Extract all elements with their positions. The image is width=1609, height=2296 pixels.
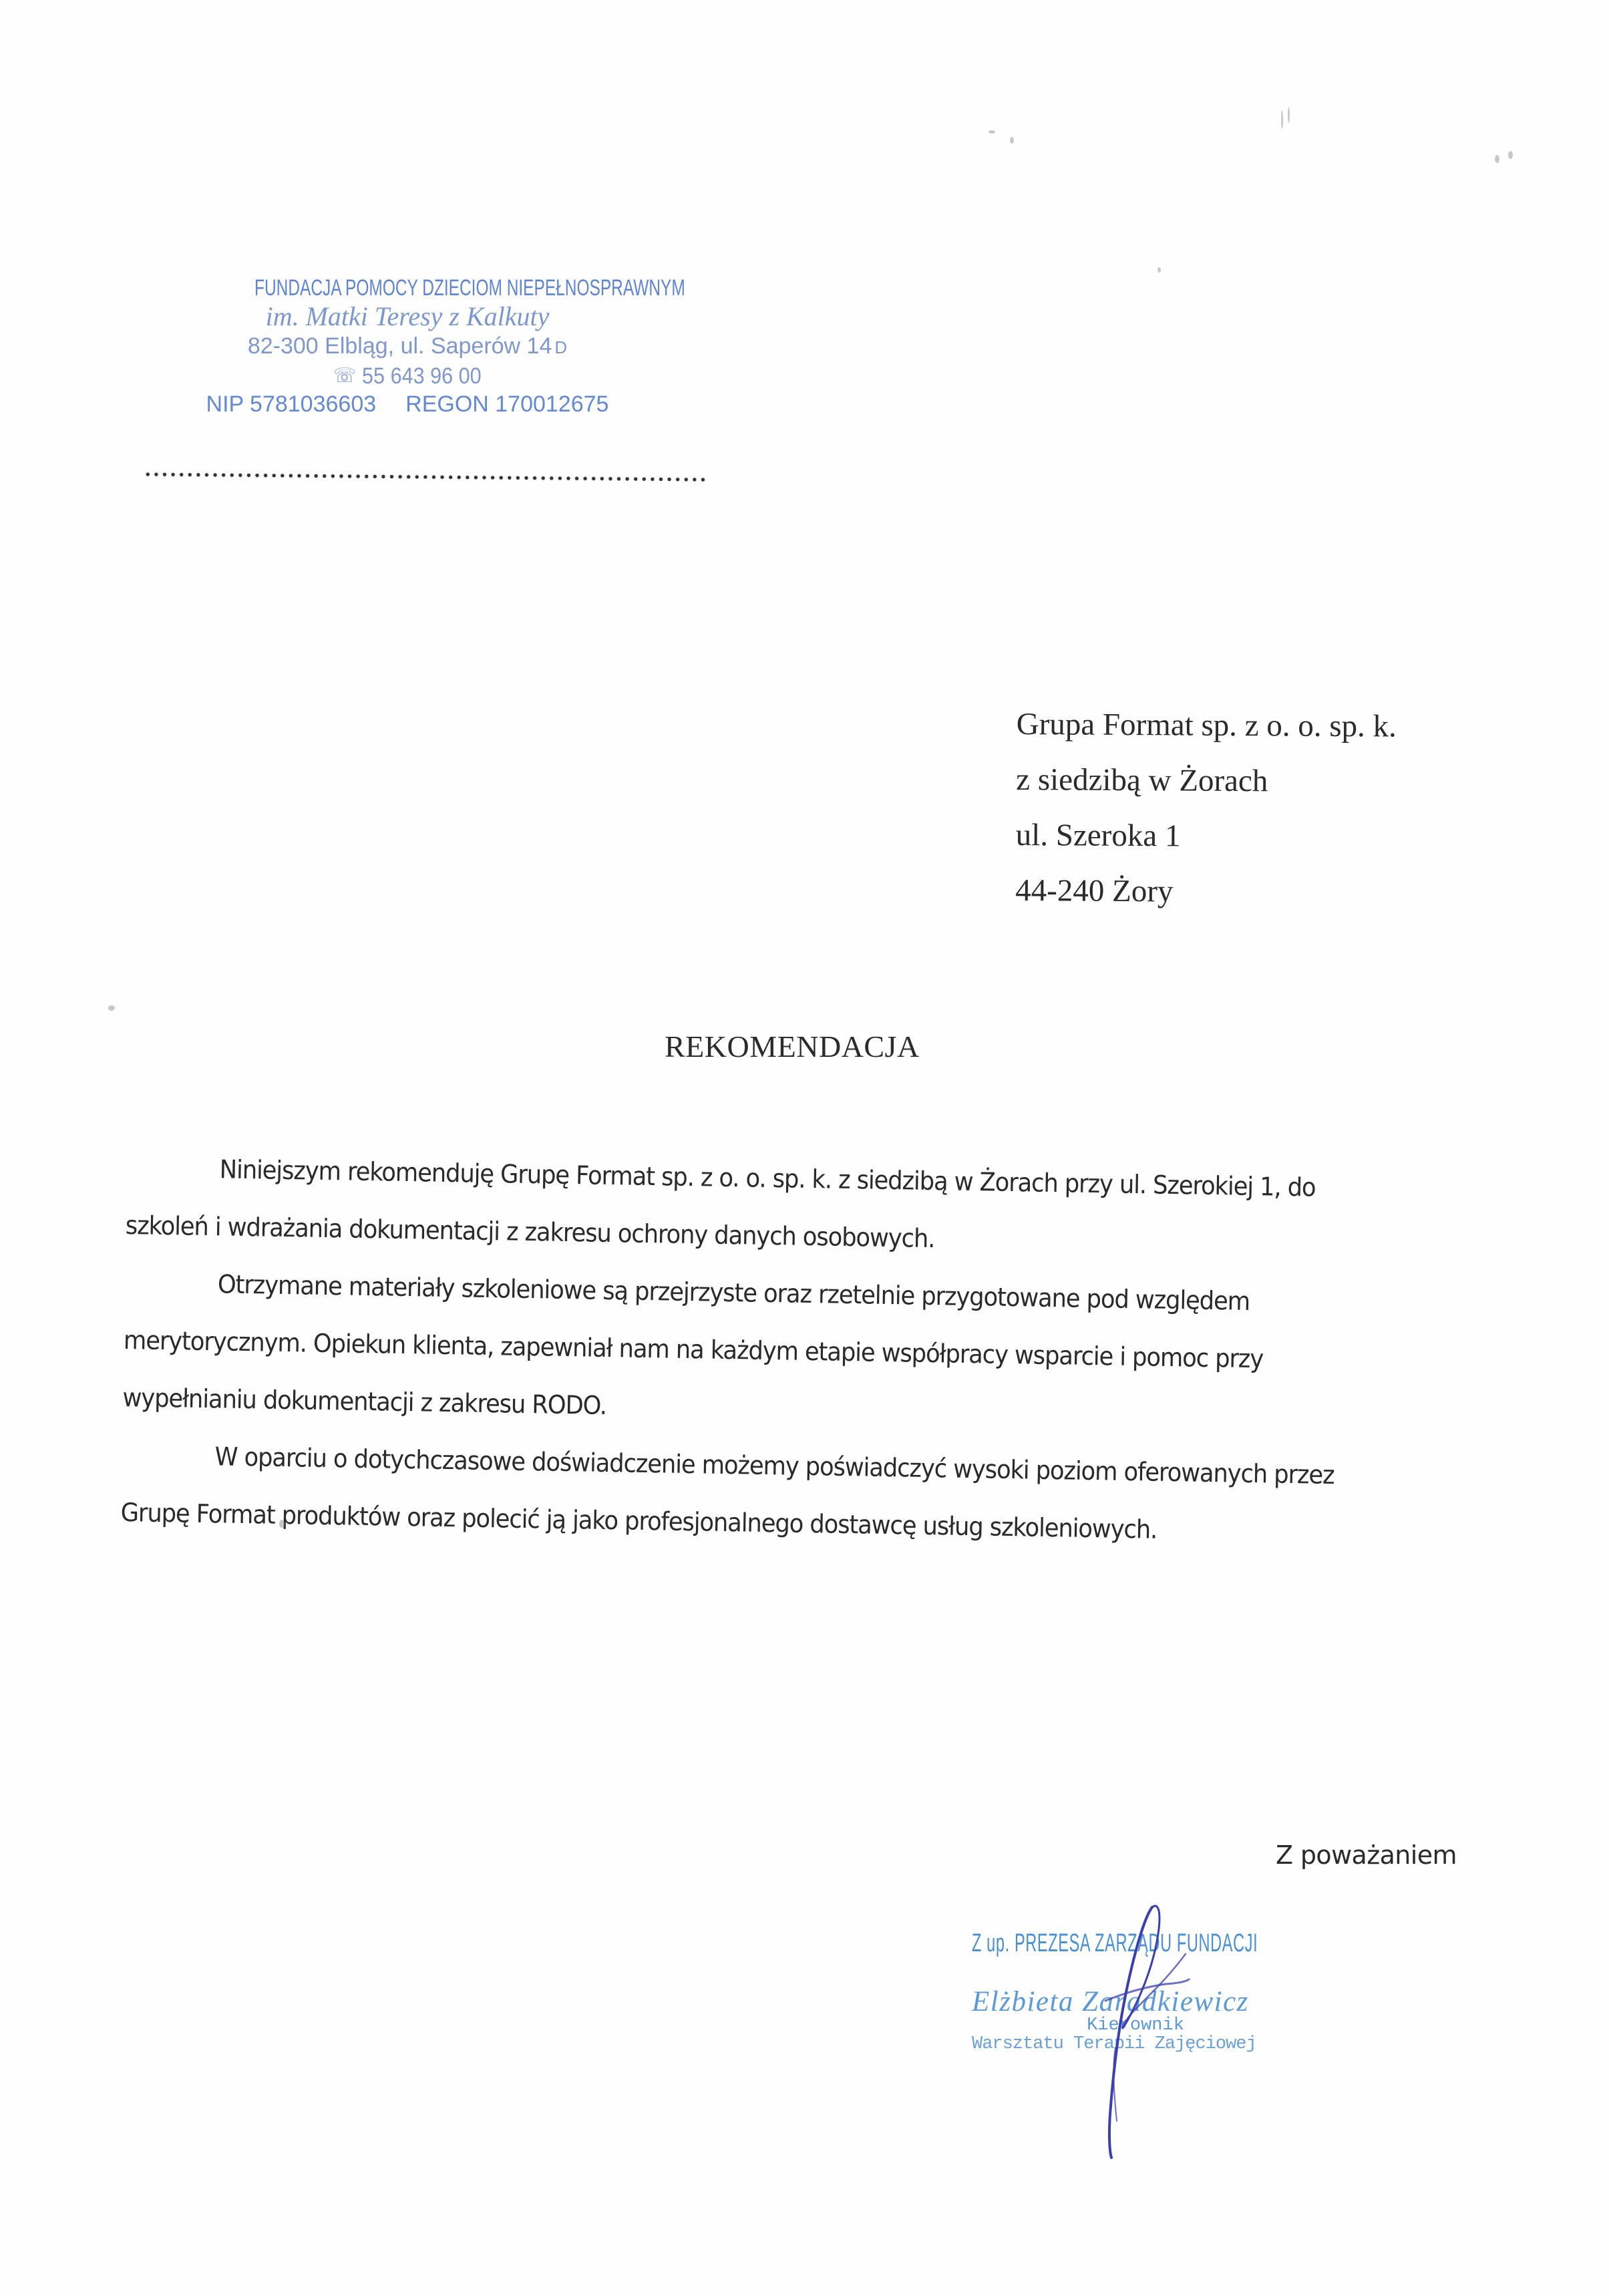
stamp-phone-number: 55 643 96 00 [362,363,482,389]
scan-speck [1281,110,1283,129]
document-title: REKOMENDACJA [665,1029,920,1064]
stamp-tax-ids: NIP 5781036603REGON 170012675 [195,390,620,418]
recipient-address: Grupa Format sp. z o. o. sp. k. z siedzi… [1015,697,1397,921]
phone-icon: ☏ [333,362,356,390]
scan-speck [1508,151,1513,159]
stamp-authority: Z up. PREZESA ZARZĄDU FUNDACJI [972,1927,1179,1959]
letter-body: Niniejszym rekomenduję Grupę Format sp. … [120,1139,1463,1563]
stamp-signer-role: Kierownik [972,2017,1299,2034]
scan-speck [279,1520,285,1528]
organization-stamp: FUNDACJA POMOCY DZIECIOM NIEPEŁNOSPRAWNY… [195,274,620,418]
recipient-street: ul. Szeroka 1 [1015,808,1396,865]
stamp-patron-name: im. Matki Teresy z Kalkuty [195,302,620,331]
recipient-company: Grupa Format sp. z o. o. sp. k. [1016,697,1397,754]
scan-speck [1288,107,1290,123]
stamp-signer-unit: Warsztatu Terapii Zajęciowej [972,2034,1306,2054]
scan-speck [108,1005,115,1011]
stamp-address: 82-300 Elbląg, ul. Saperów 14D [195,331,620,362]
stamp-address-text: 82-300 Elbląg, ul. Saperów 14 [248,333,552,359]
signature-stamp: Z up. PREZESA ZARZĄDU FUNDACJI Elżbieta … [972,1927,1306,2054]
recipient-postal-city: 44-240 Żory [1015,863,1396,921]
stamp-phone: ☏55 643 96 00 [216,362,598,390]
place-date-dotted-line [144,468,708,486]
stamp-nip: NIP 5781036603 [206,391,377,417]
stamp-regon: REGON 170012675 [405,391,608,417]
scan-speck [989,130,995,134]
stamp-address-suffix: D [554,337,567,357]
scan-speck [1495,155,1499,163]
scan-speck [1010,137,1014,144]
scan-speck [1157,267,1161,273]
stamp-signer-name: Elżbieta Zaradkiewicz [972,1987,1306,2017]
stamp-organization-name: FUNDACJA POMOCY DZIECIOM NIEPEŁNOSPRAWNY… [254,274,560,302]
scanned-letter-page: FUNDACJA POMOCY DZIECIOM NIEPEŁNOSPRAWNY… [0,0,1609,2296]
recipient-seat: z siedzibą w Żorach [1016,752,1397,810]
closing-salutation: Z poważaniem [1276,1840,1457,1870]
